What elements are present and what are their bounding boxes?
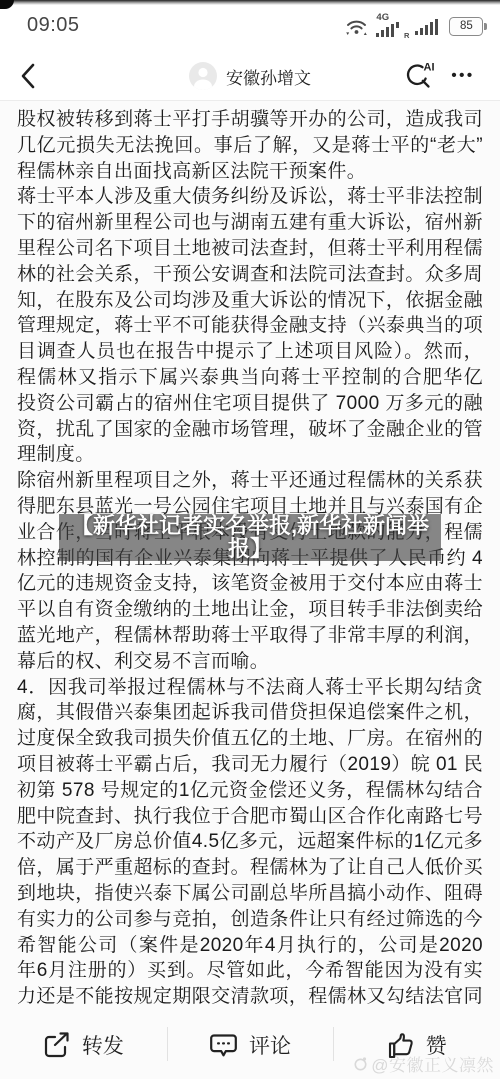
text-line: 初第 578 号规定的1亿元资金偿还义务，程儒林勾结合 bbox=[17, 778, 483, 804]
text-line: 腐，其假借兴泰集团起诉我司借贷担保追偿案件之机， bbox=[17, 700, 483, 726]
toolbar-divider bbox=[167, 1027, 168, 1061]
status-bar: 09:05 4G bbox=[0, 0, 500, 52]
toolbar-divider bbox=[333, 1027, 334, 1061]
screen-top-edge bbox=[0, 0, 500, 5]
person-icon bbox=[189, 62, 217, 90]
text-line: 倍，属于严重超标的查封。程儒林为了让自己人低价买 bbox=[17, 855, 483, 881]
text-line: 项目被蒋士平霸占后，我司无力履行（2019）皖 01 民 bbox=[17, 752, 483, 778]
text-line: 知，在股东及公司均涉及重大诉讼的情况下，依据金融 bbox=[17, 288, 483, 314]
signal-icon bbox=[415, 18, 441, 35]
battery-nub bbox=[484, 23, 487, 30]
battery-percent: 85 bbox=[449, 17, 483, 36]
weibo-article-page: 09:05 4G bbox=[0, 0, 500, 1079]
text-line: 管理规定，蒋士平不可能获得金融支持（兴泰典当的项 bbox=[17, 313, 483, 339]
text-line: 平以自有资金缴纳的土地出让金，项目转手非法倒卖给 bbox=[17, 597, 483, 623]
text-line: 除宿州新里程项目之外，蒋士平还通过程儒林的关系获 bbox=[17, 468, 483, 494]
corner-watermark: @安徽正义凛然 bbox=[353, 1051, 494, 1076]
text-line: 希智能公司（案件是2020年4月执行的，公司是2020 bbox=[17, 933, 483, 959]
text-line: 蓝光地产，程儒林帮助蒋士平取得了非常丰厚的利润， bbox=[17, 623, 483, 649]
avatar bbox=[189, 62, 217, 90]
text-line: 投资公司霸占的宿州住宅项目提供了 7000 万多元的融 bbox=[17, 391, 483, 417]
battery-icon: 85 bbox=[449, 17, 487, 36]
forward-button[interactable]: 转发 bbox=[0, 1030, 167, 1060]
text-line: 目调查人员也在报告中提示了上述项目风险）。然而， bbox=[17, 339, 483, 365]
comment-bubble-icon bbox=[209, 1032, 238, 1059]
article-body[interactable]: 股权被转移到蒋士平打手胡骥等开办的公司，造成我司几亿元损失无法挽回。事后了解，又… bbox=[0, 101, 500, 1079]
share-icon bbox=[43, 1032, 71, 1059]
more-dots-icon: ••• bbox=[451, 67, 474, 84]
comment-button[interactable]: 评论 bbox=[167, 1030, 334, 1060]
overlay-watermark-line1: 【新华社记者实名举报,新华社新闻举 bbox=[71, 515, 429, 538]
text-line: 资，扰乱了国家的金融市场管理，破坏了金融企业的管 bbox=[17, 417, 483, 443]
comment-label: 评论 bbox=[249, 1030, 291, 1060]
text-line: 有实力的公司参与竞拍，创造条件让只有经过筛选的今 bbox=[17, 907, 483, 933]
text-line: 4．因我司举报过程儒林与不法商人蒋士平长期勾结贪 bbox=[17, 675, 483, 701]
page-title: 安徽孙增文 bbox=[226, 64, 311, 89]
watermark-logo-icon bbox=[353, 1056, 368, 1071]
text-line: 力还是不能按规定期限交清款项，程儒林又勾结法官同 bbox=[17, 984, 483, 1010]
text-line: 肥中院查封、执行我位于合肥市蜀山区合作化南路七号 bbox=[17, 804, 483, 830]
overlay-watermark-line2: 报】 bbox=[228, 538, 272, 561]
text-line: 林的社会关系，干预公安调查和法院司法查封。众多周 bbox=[17, 262, 483, 288]
overlay-watermark: 【新华社记者实名举报,新华社新闻举 报】 bbox=[59, 514, 441, 561]
text-line: 程儒林又指示下属兴泰典当向蒋士平控制的合肥华亿 bbox=[17, 365, 483, 391]
corner-watermark-text: @安徽正义凛然 bbox=[371, 1051, 494, 1076]
nav-bar: 安徽孙增文 AI ••• bbox=[0, 52, 500, 101]
text-line: 理制度。 bbox=[17, 442, 483, 468]
text-line: 程儒林亲自出面找高新区法院干预案件。 bbox=[17, 159, 483, 185]
svg-text:AI: AI bbox=[424, 62, 435, 74]
text-line: 里程公司名下项目土地被司法查封，但蒋士平利用程儒 bbox=[17, 236, 483, 262]
text-line: 到地块，指使兴泰下属公司副总毕所昌搞小动作、阻碍 bbox=[17, 881, 483, 907]
text-line: 下的宿州新里程公司也与湖南五建有重大诉讼，宿州新 bbox=[17, 210, 483, 236]
text-line: 不动产及厂房总价值4.5亿多元，远超案件标的1亿元多 bbox=[17, 829, 483, 855]
ai-search-icon: AI bbox=[402, 60, 436, 92]
signal-4g-icon: 4G R bbox=[376, 13, 407, 39]
text-line: 蒋士平本人涉及重大债务纠纷及诉讼，蒋士平非法控制 bbox=[17, 184, 483, 210]
forward-label: 转发 bbox=[82, 1030, 124, 1060]
text-line: 股权被转移到蒋士平打手胡骥等开办的公司，造成我司 bbox=[17, 107, 483, 133]
more-options-button[interactable]: ••• bbox=[442, 58, 484, 92]
text-line: 年6月注册的）买到。尽管如此，今希智能因为没有实 bbox=[17, 958, 483, 984]
text-line: 亿元的违规资金支持，该笔资金被用于交付本应由蒋士 bbox=[17, 571, 483, 597]
text-line: 幕后的权、利交易不言而喻。 bbox=[17, 649, 483, 675]
status-icons: 4G R bbox=[345, 13, 487, 39]
clock: 09:05 bbox=[27, 14, 80, 37]
text-line: 过度保全致我司损失价值五亿的土地、厂房。在宿州的 bbox=[17, 726, 483, 752]
text-line: 几亿元损失无法挽回。事后了解，又是蒋士平的“老大” bbox=[17, 133, 483, 159]
ai-search-button[interactable]: AI bbox=[402, 60, 436, 92]
roaming-indicator: R bbox=[404, 31, 409, 40]
wifi-icon bbox=[345, 16, 368, 36]
